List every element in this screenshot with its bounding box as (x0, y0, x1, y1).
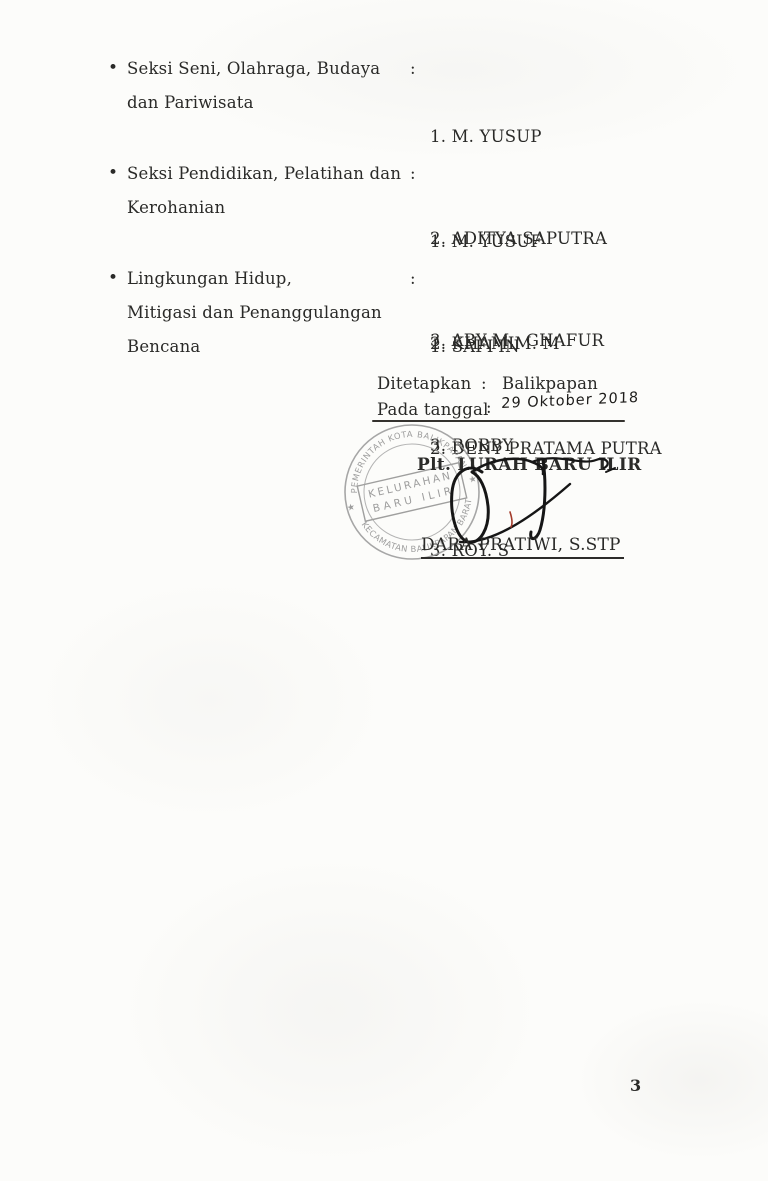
member-item: 1. M. YUSUP (430, 120, 740, 154)
tanggal-label: Pada tanggal (377, 400, 489, 419)
section-label: Seksi Seni, Olahraga, Budaya dan Pariwis… (127, 52, 417, 120)
section-label-line: Mitigasi dan Penanggulangan (127, 296, 417, 330)
colon-separator: : (481, 374, 487, 393)
section-label: Lingkungan Hidup, Mitigasi dan Penanggul… (127, 262, 417, 364)
section-label-line: dan Pariwisata (127, 86, 417, 120)
bullet-icon: • (108, 261, 118, 295)
colon-separator: : (410, 52, 416, 86)
section-label-line: Kerohanian (127, 191, 417, 225)
signer-name: DARA PRATIWI, S.STP (421, 535, 624, 559)
colon-separator: : (410, 157, 416, 191)
section-label-line: Seksi Seni, Olahraga, Budaya (127, 52, 417, 86)
ditetapkan-label: Ditetapkan (377, 374, 471, 393)
member-item: 1. SAFI'IN (430, 330, 740, 364)
signature-red-mark (510, 512, 512, 527)
member-item: 1. M. YUSUF (430, 225, 740, 259)
page-number: 3 (630, 1076, 641, 1095)
section-label-line: Lingkungan Hidup, (127, 262, 417, 296)
section-label: Seksi Pendidikan, Pelatihan dan Kerohani… (127, 157, 417, 225)
scanned-document-page: • Seksi Seni, Olahraga, Budaya dan Pariw… (0, 0, 768, 1181)
stamp-star-left-icon: ★ (346, 502, 356, 514)
bullet-icon: • (108, 51, 118, 85)
ditetapkan-value: Balikpapan (502, 374, 598, 393)
bullet-icon: • (108, 156, 118, 190)
colon-separator: : (486, 398, 492, 417)
colon-separator: : (410, 262, 416, 296)
section-label-line: Seksi Pendidikan, Pelatihan dan (127, 157, 417, 191)
section-label-line: Bencana (127, 330, 417, 364)
